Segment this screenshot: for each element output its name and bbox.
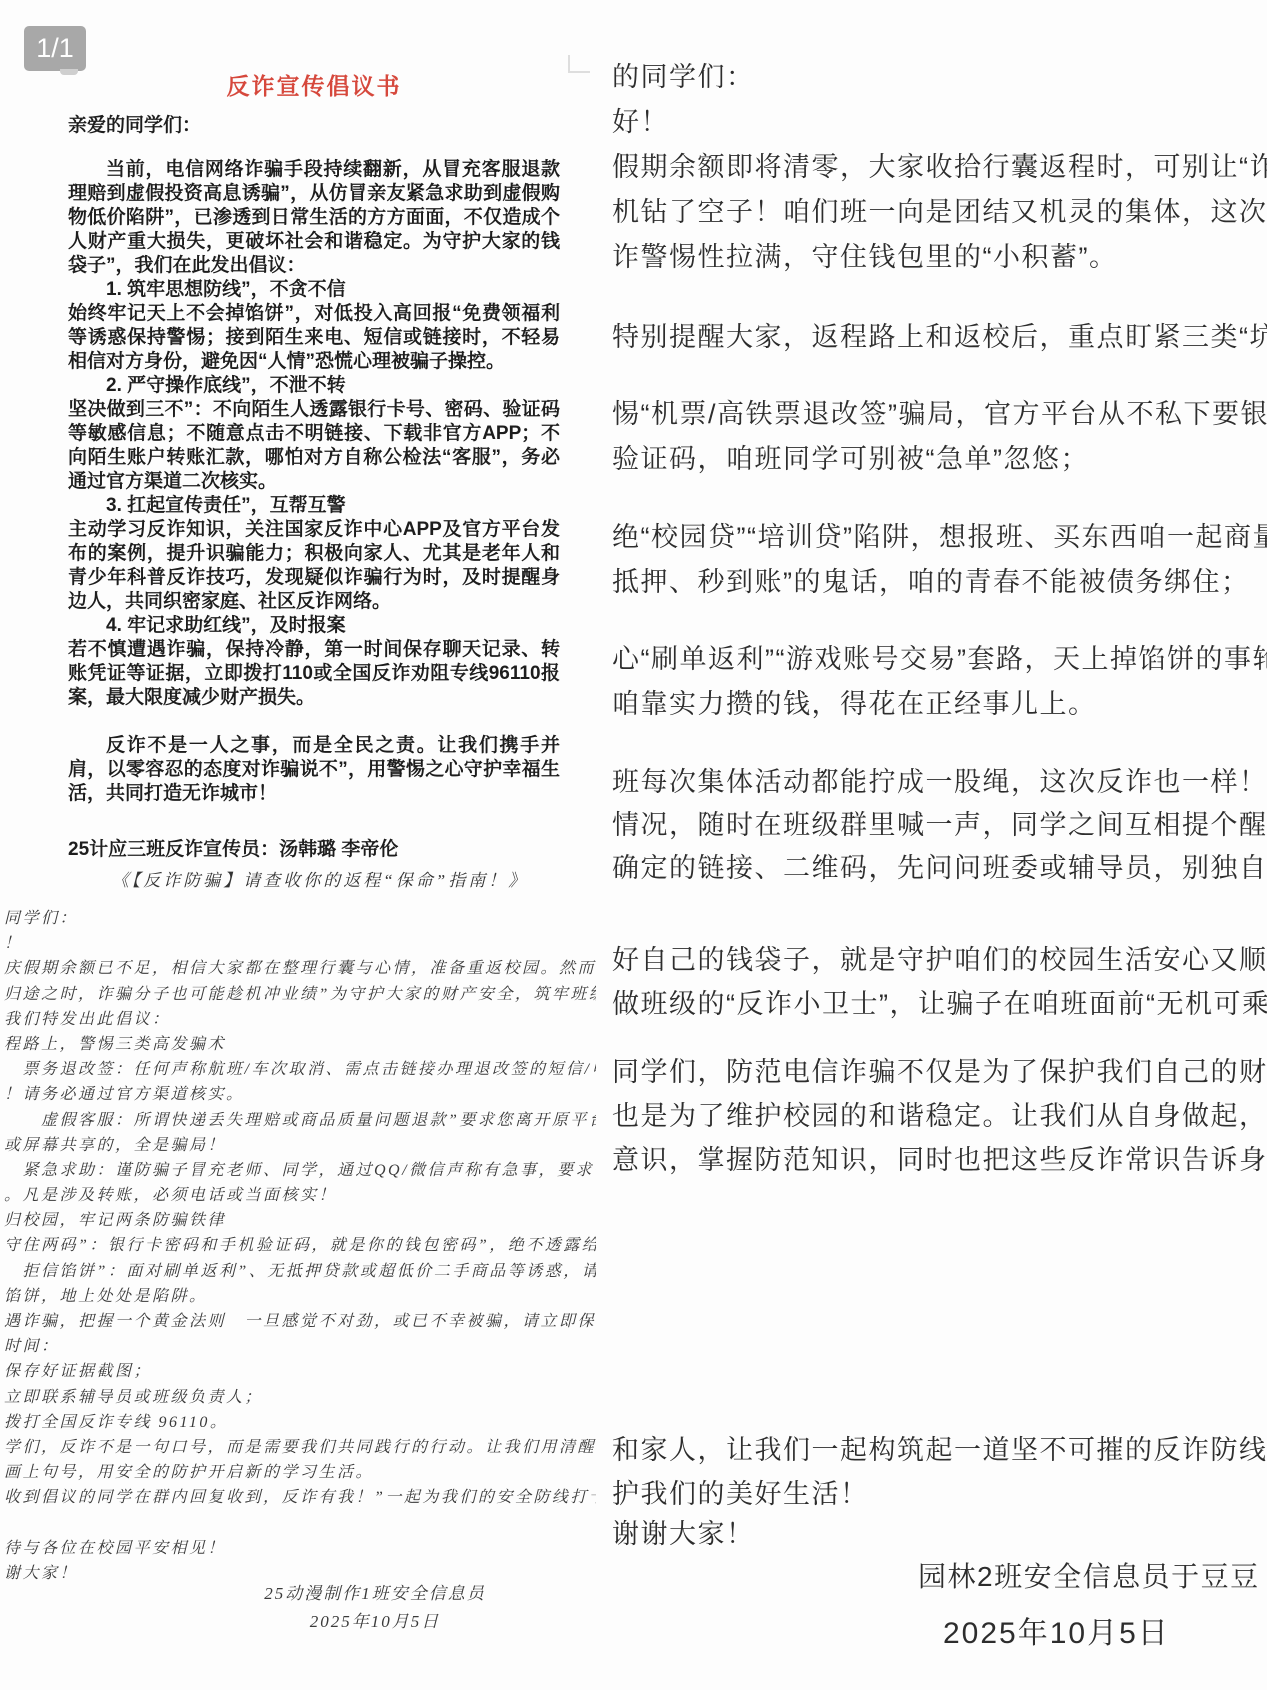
doc2-signature-block: 25动漫制作1班安全信息员 2025年10月5日 <box>150 1580 600 1636</box>
doc1-item2-body: 坚决做到三不”：不向陌生人透露银行卡号、密码、验证码等敏感信息；不随意点击不明链… <box>68 398 560 494</box>
doc2-line: 收到倡议的同学在群内回复收到，反诈有我！”一起为我们的安全防线打卡助 <box>4 1485 596 1510</box>
printed-proposal-document: 反诈宣传倡议书 亲爱的同学们： 当前，电信网络诈骗手段持续翻新，从冒充客服退款理… <box>68 74 560 862</box>
doc2-signer: 25动漫制作1班安全信息员 <box>150 1580 600 1608</box>
page-indicator-badge: 1/1 <box>24 26 86 71</box>
doc1-item1-body: 始终牢记天上不会掉馅饼”，对低投入高回报“免费领福利等诱惑保持警惕；接到陌生来电… <box>68 302 560 374</box>
doc3-line: 惕“机票/高铁票退改签”骗局，官方平台从不私下要银 <box>612 392 1267 431</box>
doc3-line: 班每次集体活动都能拧成一股绳，这次反诈也一样！ <box>612 760 1267 799</box>
doc1-signer: 25计应三班反诈宣传员：汤韩璐 李帝伦 <box>68 838 560 862</box>
doc2-line: 同学们： <box>4 906 596 931</box>
doc3-line: 机钻了空子！咱们班一向是团结又机灵的集体，这次 <box>612 190 1267 229</box>
doc2-line: 票务退改签：任何声称航班/车次取消、需点击链接办理退改签的短信/电话， <box>4 1057 596 1082</box>
doc3-line: 验证码，咱班同学可别被“急单”忽悠； <box>612 437 1089 476</box>
doc3-line: 特别提醒大家，返程路上和返校后，重点盯紧三类“坑 <box>612 315 1267 354</box>
doc1-intro: 当前，电信网络诈骗手段持续翻新，从冒充客服退款理赔到虚假投资高息诱骗”，从仿冒亲… <box>68 158 560 278</box>
doc1-item2-head: 2. 严守操作底线”，不泄不转 <box>68 374 560 398</box>
doc3-line: 意识，掌握防范知识，同时也把这些反诈常识告诉身 <box>612 1138 1267 1177</box>
doc3-line: 诈警惕性拉满，守住钱包里的“小积蓄”。 <box>612 235 1117 274</box>
doc2-line: 拨打全国反诈专线 96110。 <box>4 1410 596 1435</box>
doc2-line: 虚假客服：所谓快递丢失理赔或商品质量问题退款”要求您离开原平台、提 <box>4 1108 596 1133</box>
doc3-line: 假期余额即将清零，大家收拾行囊返程时，可别让“诈 <box>612 145 1267 184</box>
doc2-line: 时间： <box>4 1334 596 1359</box>
doc1-item1-head: 1. 筑牢思想防线”，不贪不信 <box>68 278 560 302</box>
doc2-line: 紧急求助：谨防骗子冒充老师、同学，通过QQ/微信声称有急事，要求你帮忙 <box>4 1158 596 1183</box>
doc3-line: 心“刷单返利”“游戏账号交易”套路，天上掉馅饼的事轮 <box>612 637 1267 676</box>
doc2-line <box>4 1511 596 1536</box>
doc2-line: 保存好证据截图； <box>4 1359 596 1384</box>
doc2-line: 我们特发出此倡议： <box>4 1007 596 1032</box>
doc3-line: 也是为了维护校园的和谐稳定。让我们从自身做起， <box>612 1094 1267 1133</box>
doc2-line: 遇诈骗，把握一个黄金法则 一旦感觉不对劲，或已不幸被骗，请立即保持冷 <box>4 1309 596 1334</box>
doc3-line: 好自己的钱袋子，就是守护咱们的校园生活安心又顺 <box>612 938 1267 977</box>
doc2-line: 归校园，牢记两条防骗铁律 <box>4 1208 596 1233</box>
doc3-line: 好！ <box>612 100 669 139</box>
doc3-signer: 园林2班安全信息员于豆豆 <box>918 1555 1260 1595</box>
doc2-title: 《【反诈防骗】请查收你的返程“保命”指南！》 <box>60 866 580 891</box>
doc2-line: ！ <box>4 931 596 956</box>
large-letter-document: 的同学们： 好！ 假期余额即将清零，大家收拾行囊返程时，可别让“诈 机钻了空子！… <box>598 0 1267 1690</box>
doc2-line: 程路上，警惕三类高发骗术 <box>4 1032 596 1057</box>
handwritten-guide-document: 同学们： ！ 庆假期余额已不足，相信大家都在整理行囊与心情，准备重返校园。然而，… <box>4 896 596 1586</box>
doc2-line: 守住两码”：银行卡密码和手机验证码，就是你的钱包密码”，绝不透露给任何人 <box>4 1233 596 1258</box>
doc3-line: 抵押、秒到账”的鬼话，咱的青春不能被债务绑住； <box>612 560 1250 599</box>
doc3-line: 绝“校园贷”“培训贷”陷阱，想报班、买东西咱一起商量 <box>612 515 1267 554</box>
doc3-date: 2025年10月5日 <box>943 1608 1170 1652</box>
doc3-line: 同学们，防范电信诈骗不仅是为了保护我们自己的财 <box>612 1050 1267 1089</box>
doc2-line: 馅饼，地上处处是陷阱。 <box>4 1284 596 1309</box>
doc2-line: 画上句号，用安全的防护开启新的学习生活。 <box>4 1460 596 1485</box>
doc1-item4-body: 若不慎遭遇诈骗，保持冷静，第一时间保存聊天记录、转账凭证等证据，立即拨打110或… <box>68 638 560 710</box>
doc3-line: 咱靠实力攒的钱，得花在正经事儿上。 <box>612 682 1097 721</box>
document-photo-viewer: 1/1 反诈宣传倡议书 亲爱的同学们： 当前，电信网络诈骗手段持续翻新，从冒充客… <box>0 0 1267 1690</box>
doc1-item3-head: 3. 扛起宣传责任”，互帮互警 <box>68 494 560 518</box>
doc2-line: 归途之时，诈骗分子也可能趁机冲业绩”为守护大家的财产安全，筑牢班级反 <box>4 982 596 1007</box>
doc1-item3-body: 主动学习反诈知识，关注国家反诈中心APP及官方平台发布的案例，提升识骗能力；积极… <box>68 518 560 614</box>
doc3-line: 护我们的美好生活！ <box>612 1472 869 1511</box>
doc2-line: 拒信馅饼”：面对刷单返利”、无抵押贷款或超低价二手商品等诱惑，请牢记：天 <box>4 1259 596 1284</box>
doc3-line: 做班级的“反诈小卫士”，让骗子在咱班面前“无机可乘” <box>612 982 1267 1021</box>
doc2-line: 或屏幕共享的，全是骗局！ <box>4 1133 596 1158</box>
doc1-title: 反诈宣传倡议书 <box>68 74 560 98</box>
doc3-line: 确定的链接、二维码，先问问班委或辅导员，别独自 <box>612 846 1267 885</box>
scan-corner-mark <box>568 55 590 73</box>
doc2-date: 2025年10月5日 <box>150 1608 600 1636</box>
doc2-line: 。凡是涉及转账，必须电话或当面核实！ <box>4 1183 596 1208</box>
doc2-line: 立即联系辅导员或班级负责人； <box>4 1385 596 1410</box>
doc1-salutation: 亲爱的同学们： <box>68 114 560 138</box>
doc3-line: 的同学们： <box>612 55 755 94</box>
doc3-line: 谢谢大家！ <box>612 1512 755 1551</box>
doc2-line: 学们，反诈不是一句口号，而是需要我们共同践行的行动。让我们用清醒的头 <box>4 1435 596 1460</box>
doc1-item4-head: 4. 牢记求助红线”，及时报案 <box>68 614 560 638</box>
doc2-line: ！请务必通过官方渠道核实。 <box>4 1082 596 1107</box>
doc3-line: 和家人，让我们一起构筑起一道坚不可摧的反诈防线 <box>612 1428 1267 1467</box>
doc2-line: 庆假期余额已不足，相信大家都在整理行囊与心情，准备重返校园。然而，在 <box>4 956 596 981</box>
doc1-closing: 反诈不是一人之事，而是全民之责。让我们携手并肩，以零容忍的态度对诈骗说不”，用警… <box>68 734 560 806</box>
doc3-line: 情况，随时在班级群里喊一声，同学之间互相提个醒 <box>612 803 1267 842</box>
doc2-line: 待与各位在校园平安相见！ <box>4 1536 596 1561</box>
